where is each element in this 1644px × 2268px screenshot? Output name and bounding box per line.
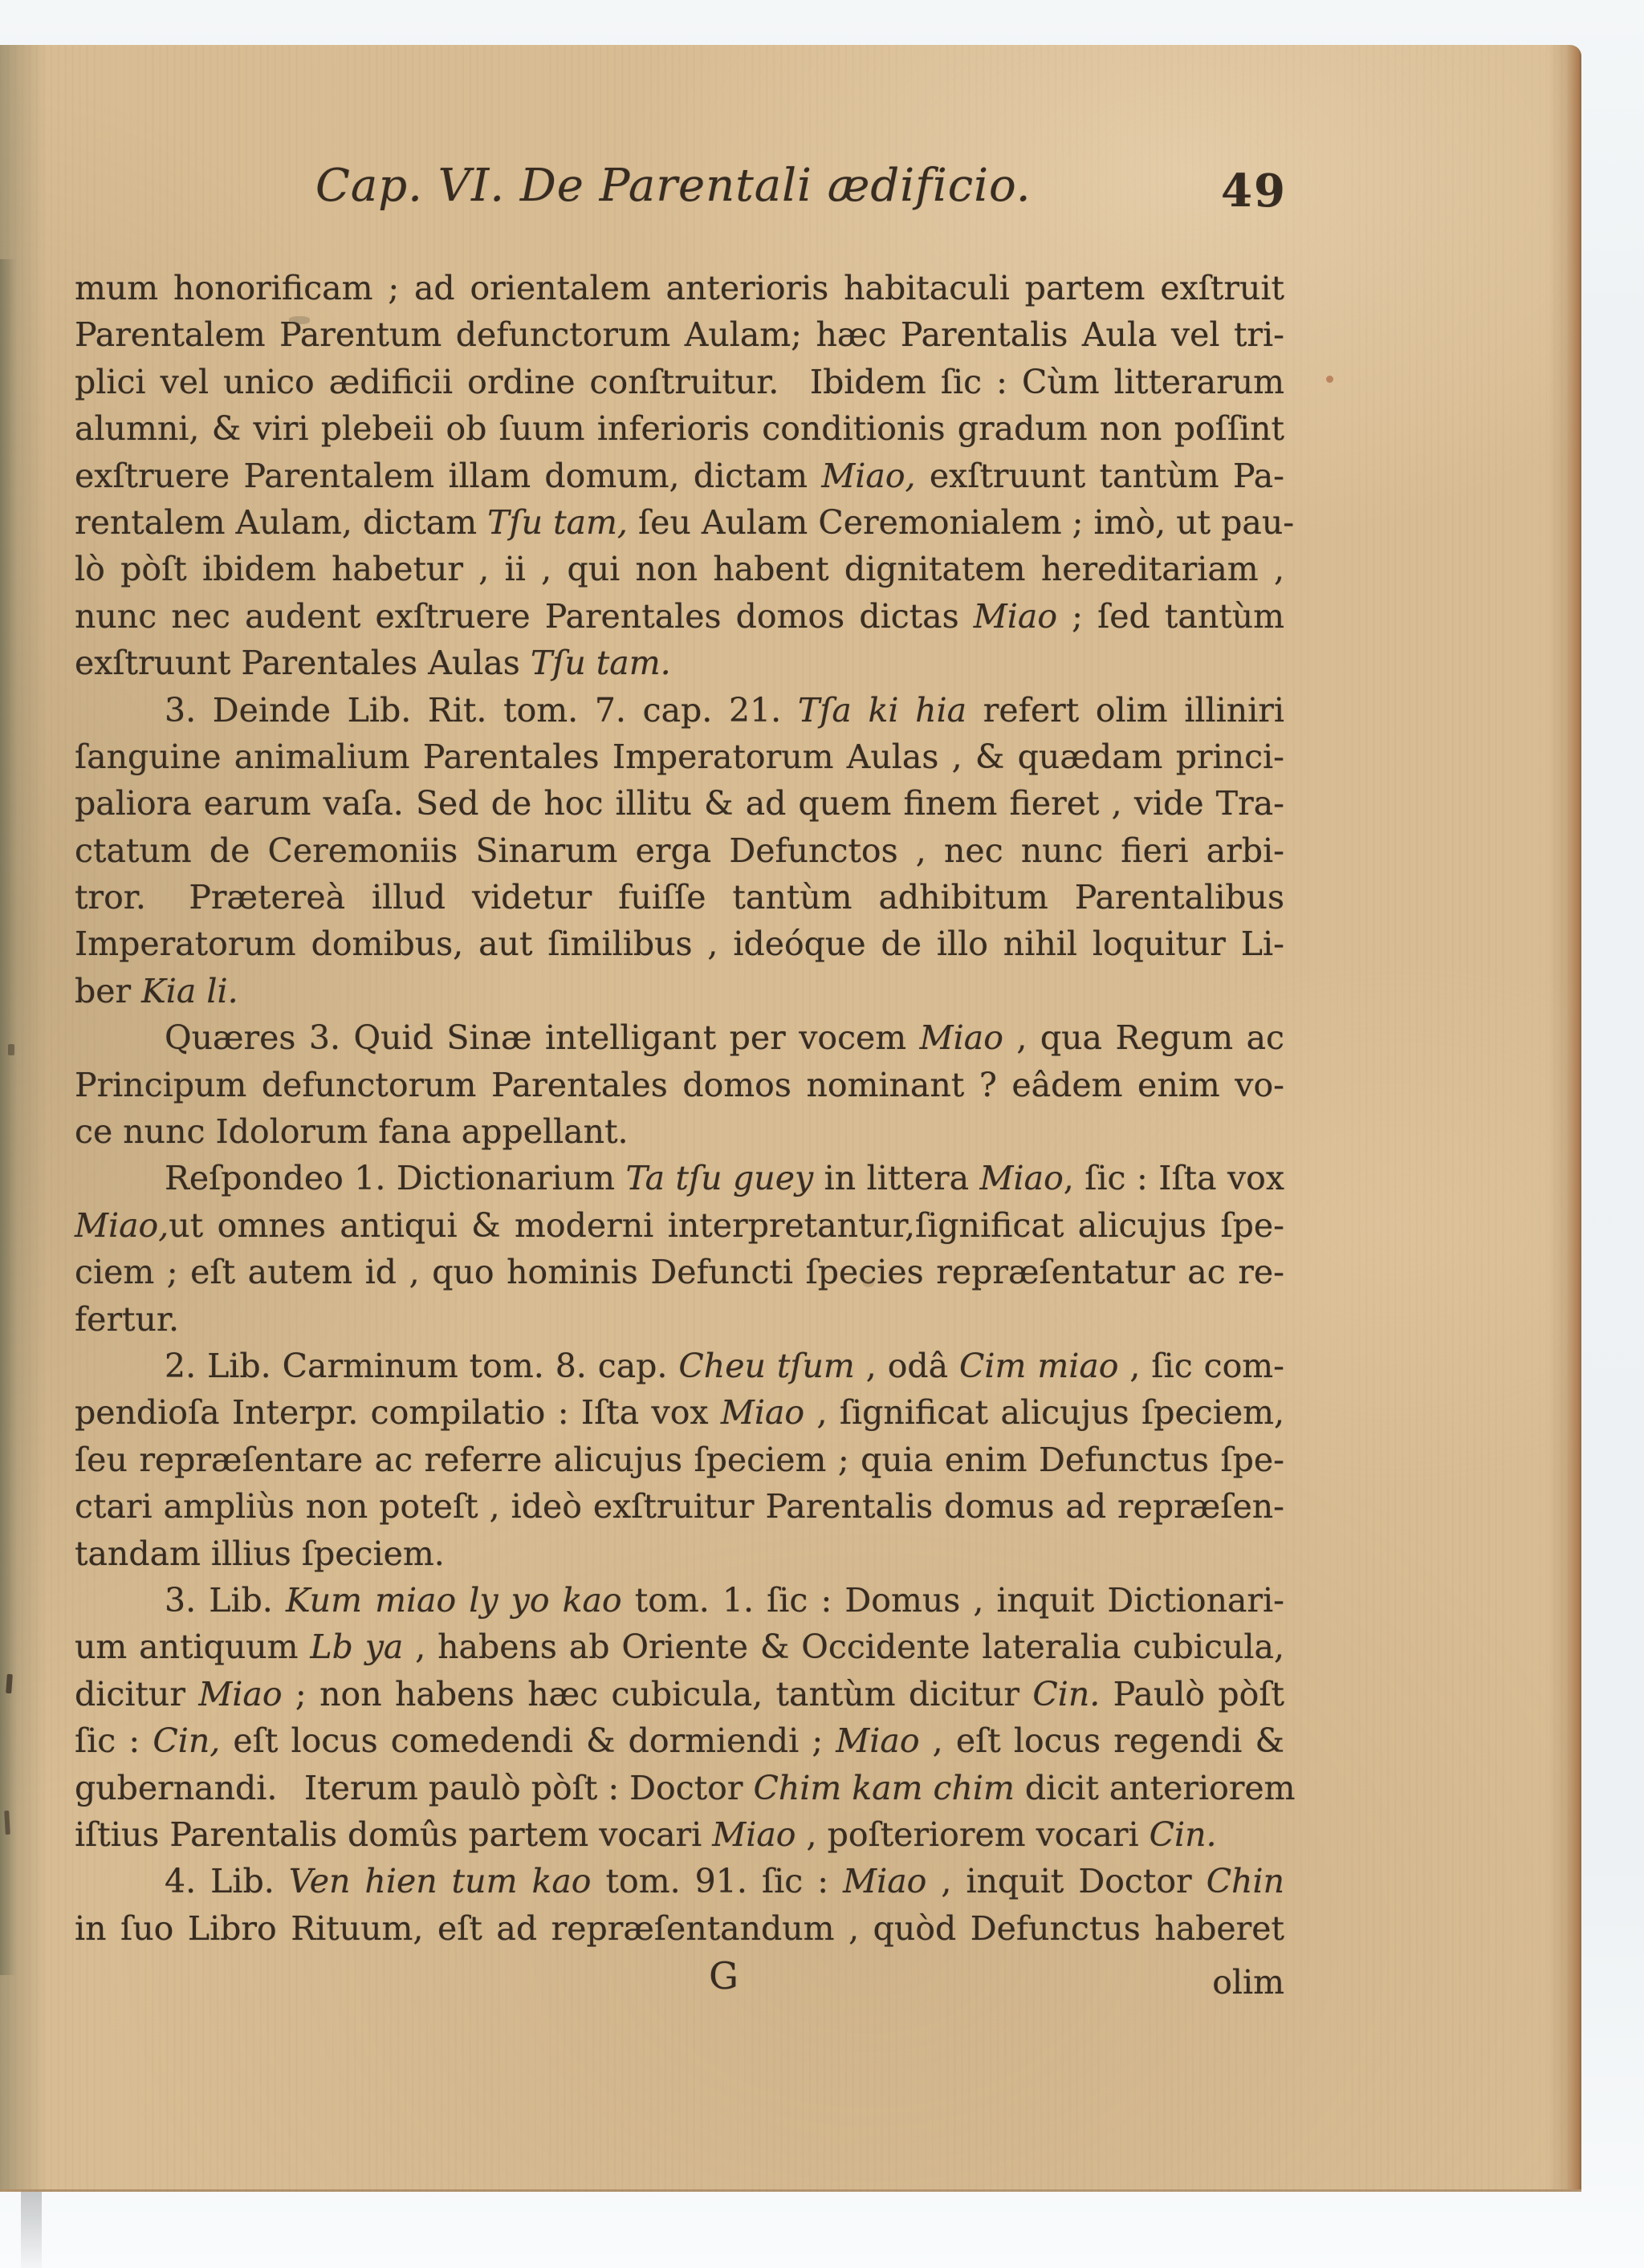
text-line: tror. Prætereà illud videtur fuiſſe tant… (75, 874, 1284, 921)
text-segment: Imperatorum domibus, aut ſimilibus , ide… (75, 925, 1284, 963)
text-line: Reſpondeo 1. Dictionarium Ta tſu guey in… (75, 1155, 1284, 1201)
signature-mark: G (709, 1953, 739, 1999)
text-segment: nunc nec audent exſtruere Parentales dom… (75, 597, 974, 636)
text-line: ctari ampliùs non poteſt , ideò exſtruit… (75, 1483, 1284, 1530)
chapter-running-title: Cap. VI. De Parentali ædificio. (315, 157, 1032, 215)
text-line: 4. Lib. Ven hien tum kao tom. 91. ſic : … (75, 1858, 1284, 1904)
text-segment: ; ſed tantùm (1057, 597, 1284, 636)
text-segment: Lb ya (310, 1628, 403, 1666)
text-segment: ſeu repræſentare ac referre alicujus ſpe… (75, 1441, 1284, 1479)
text-line: tandam illius ſpeciem. (75, 1530, 1284, 1577)
text-segment: Miao (721, 1393, 804, 1432)
text-segment: Miao (843, 1862, 926, 1900)
text-segment: Cim miao (959, 1347, 1118, 1385)
text-segment: eſt locus comedendi & dormiendi ; (220, 1721, 836, 1760)
foxing-spot (863, 1279, 874, 1287)
text-line: Miao,ut omnes antiqui & moderni interpre… (75, 1202, 1284, 1249)
text-segment: ciem ; eſt autem id , quo hominis Defunc… (75, 1253, 1284, 1291)
page-block-right-edge (1548, 45, 1581, 2189)
text-segment: , habens ab Oriente & Occidente laterali… (403, 1628, 1284, 1666)
text-line: nunc nec audent exſtruere Parentales dom… (75, 593, 1284, 640)
text-line: pendioſa Interpr. compilatio : Iſta vox … (75, 1389, 1284, 1436)
page-footer: G olim (75, 1953, 1284, 2001)
page-header: Cap. VI. De Parentali ædificio. 49 (75, 157, 1284, 222)
text-segment: Kum miao ly yo kao (286, 1581, 622, 1620)
text-segment: tror. Prætereà illud videtur fuiſſe tant… (75, 878, 1284, 917)
text-line: ce nunc Idolorum fana appellant. (75, 1108, 1284, 1155)
text-segment: gubernandi. Iterum paulò pòſt : Doctor (75, 1769, 754, 1807)
text-segment: Cin. (1032, 1675, 1100, 1713)
text-segment: ſanguine animalium Parentales Imperatoru… (75, 738, 1284, 776)
text-segment: Miao (920, 1018, 1003, 1057)
text-segment: refert olim illiniri (966, 691, 1284, 730)
text-line: ſeu repræſentare ac referre alicujus ſpe… (75, 1437, 1284, 1483)
text-segment: Tſu tam, (487, 503, 628, 542)
text-segment: in littera (813, 1159, 979, 1197)
text-segment: , ſic com- (1118, 1347, 1284, 1385)
text-segment: paliora earum vaſa. Sed de hoc illitu & … (75, 784, 1284, 823)
text-segment: Miao (974, 597, 1057, 636)
text-line: iſtius Parentalis domûs partem vocari Mi… (75, 1811, 1284, 1858)
text-segment: dicitur (75, 1675, 198, 1713)
text-segment: um antiquum (75, 1628, 310, 1666)
text-segment: Miao, (821, 457, 915, 495)
text-segment: Paulò pòſt (1100, 1675, 1284, 1713)
text-segment: 3. Deinde Lib. Rit. tom. 7. cap. 21. (165, 691, 798, 730)
text-line: Principum defunctorum Parentales domos n… (75, 1062, 1284, 1108)
text-line: ciem ; eſt autem id , quo hominis Defunc… (75, 1249, 1284, 1295)
text-segment: exſtruunt tantùm Pa- (916, 457, 1284, 495)
text-line: lò pòſt ibidem habetur , ii , qui non ha… (75, 546, 1284, 592)
text-segment: Miao (836, 1721, 919, 1760)
scanner-streak (21, 2192, 42, 2268)
text-segment: exſtruunt Parentales Aulas (75, 644, 531, 682)
text-segment: in ſuo Libro Rituum, eſt ad repræſentand… (75, 1909, 1284, 1948)
text-segment: iſtius Parentalis domûs partem vocari (75, 1815, 712, 1854)
text-segment: ſic : (75, 1721, 153, 1760)
text-line: ſic : Cin, eſt locus comedendi & dormien… (75, 1717, 1284, 1764)
text-segment: Principum defunctorum Parentales domos n… (75, 1066, 1284, 1104)
text-segment: fertur. (75, 1300, 179, 1339)
text-line: plici vel unico ædificii ordine conſtrui… (75, 359, 1284, 405)
text-segment: Cin. (1150, 1815, 1217, 1854)
text-line: paliora earum vaſa. Sed de hoc illitu & … (75, 780, 1284, 827)
text-segment: ut omnes antiqui & moderni interpretantu… (169, 1206, 1284, 1245)
text-segment: plici vel unico ædificii ordine conſtrui… (75, 363, 1284, 401)
text-segment: Chim kam chim (754, 1769, 1015, 1807)
text-line: exſtruere Parentalem illam domum, dictam… (75, 453, 1284, 499)
text-line: Parentalem Parentum defunctorum Aulam; h… (75, 311, 1284, 358)
text-segment: ber (75, 972, 141, 1010)
text-segment: tom. 1. ſic : Domus , inquit Dictionari- (622, 1581, 1284, 1620)
text-segment: Tſa ki hia (798, 691, 966, 730)
text-segment: , eſt locus regendi & (920, 1721, 1284, 1760)
text-line: ber Kia li. (75, 968, 1284, 1014)
page-number: 49 (1221, 162, 1287, 220)
text-segment: Kia li. (141, 972, 238, 1010)
text-segment: alumni, & viri plebeii ob ſuum inferiori… (75, 409, 1284, 448)
text-line: 3. Lib. Kum miao ly yo kao tom. 1. ſic :… (75, 1577, 1284, 1624)
text-segment: 4. Lib. (165, 1862, 289, 1900)
text-segment: Cheu tſum (678, 1347, 854, 1385)
text-segment: rentalem Aulam, dictam (75, 503, 487, 542)
text-segment: ſeu Aulam Ceremonialem ; imò, ut pau- (628, 503, 1294, 542)
text-segment: mum honorificam ; ad orientalem anterior… (75, 269, 1284, 307)
body-text-block: mum honorificam ; ad orientalem anterior… (75, 265, 1284, 1952)
text-segment: Quæres 3. Quid Sinæ intelligant per voce… (165, 1018, 920, 1057)
text-segment: Reſpondeo 1. Dictionarium (165, 1159, 625, 1197)
ink-speck (8, 1044, 14, 1055)
text-segment: , odâ (855, 1347, 959, 1385)
text-segment: Tſu tam. (531, 644, 671, 682)
text-line: gubernandi. Iterum paulò pòſt : Doctor C… (75, 1765, 1284, 1811)
text-segment: , ſignificat alicujus ſpeciem, (804, 1393, 1284, 1432)
text-segment: exſtruere Parentalem illam domum, dictam (75, 457, 821, 495)
text-segment: Miao (712, 1815, 796, 1854)
text-segment: pendioſa Interpr. compilatio : Iſta vox (75, 1393, 721, 1432)
text-segment: ; non habens hæc cubicula, tantùm dicitu… (283, 1675, 1033, 1713)
text-line: 3. Deinde Lib. Rit. tom. 7. cap. 21. Tſa… (75, 687, 1284, 734)
text-segment: tom. 91. ſic : (591, 1862, 843, 1900)
catchword: olim (1212, 1959, 1284, 2006)
text-line: um antiquum Lb ya , habens ab Oriente & … (75, 1624, 1284, 1670)
text-segment: tandam illius ſpeciem. (75, 1534, 445, 1573)
text-segment: Chin (1207, 1862, 1284, 1900)
text-line: dicitur Miao ; non habens hæc cubicula, … (75, 1671, 1284, 1717)
text-segment: , poſteriorem vocari (796, 1815, 1150, 1854)
text-segment: Ta tſu guey (625, 1159, 813, 1197)
text-segment: ce nunc Idolorum fana appellant. (75, 1112, 629, 1151)
scanned-page-screenshot: { "page": { "header": { "title": "Cap. V… (0, 0, 1644, 2268)
smudge-mark (289, 316, 310, 324)
text-line: Quæres 3. Quid Sinæ intelligant per voce… (75, 1014, 1284, 1061)
text-line: mum honorificam ; ad orientalem anterior… (75, 265, 1284, 311)
text-segment: ctari ampliùs non poteſt , ideò exſtruit… (75, 1487, 1284, 1526)
text-segment: ctatum de Ceremoniis Sinarum erga Defunc… (75, 831, 1284, 870)
text-line: ſanguine animalium Parentales Imperatoru… (75, 734, 1284, 780)
text-line: ctatum de Ceremoniis Sinarum erga Defunc… (75, 827, 1284, 874)
text-segment: 3. Lib. (165, 1581, 286, 1620)
text-segment: dicit anteriorem (1015, 1769, 1296, 1807)
text-segment: , inquit Doctor (926, 1862, 1206, 1900)
text-segment: 2. Lib. Carminum tom. 8. cap. (165, 1347, 678, 1385)
text-segment: Parentalem Parentum defunctorum Aulam; h… (75, 315, 1284, 354)
text-line: alumni, & viri plebeii ob ſuum inferiori… (75, 405, 1284, 452)
text-line: fertur. (75, 1296, 1284, 1343)
text-line: 2. Lib. Carminum tom. 8. cap. Cheu tſum … (75, 1343, 1284, 1389)
text-segment: Cin, (153, 1721, 220, 1760)
text-segment: Miao (980, 1159, 1064, 1197)
text-line: rentalem Aulam, dictam Tſu tam, ſeu Aula… (75, 499, 1284, 546)
text-line: in ſuo Libro Rituum, eſt ad repræſentand… (75, 1905, 1284, 1952)
text-segment: , ſic : Iſta vox (1064, 1159, 1284, 1197)
text-segment: Miao, (75, 1206, 169, 1245)
text-segment: lò pòſt ibidem habetur , ii , qui non ha… (75, 550, 1284, 588)
text-segment: Miao (198, 1675, 282, 1713)
text-segment: Ven hien tum kao (289, 1862, 592, 1900)
text-line: exſtruunt Parentales Aulas Tſu tam. (75, 640, 1284, 686)
text-line: Imperatorum domibus, aut ſimilibus , ide… (75, 921, 1284, 967)
book-page-paper: Cap. VI. De Parentali ædificio. 49 mum h… (0, 45, 1581, 2192)
text-segment: , qua Regum ac (1003, 1018, 1284, 1057)
foxing-spot (1326, 376, 1333, 383)
binding-gutter-shadow-inner (0, 259, 16, 1975)
